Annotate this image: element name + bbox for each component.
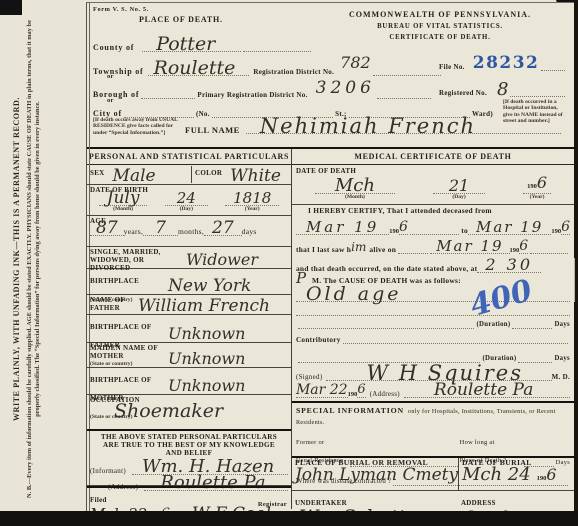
last-saw-date: Mar 19 bbox=[430, 239, 509, 254]
last-saw-pre: that I last saw h bbox=[296, 246, 351, 254]
age-months: 7 bbox=[143, 221, 178, 236]
dotted-line bbox=[530, 243, 568, 254]
medical-title: MEDICAL CERTIFICATE OF DEATH bbox=[292, 149, 574, 165]
signed-address-label: (Address) bbox=[370, 390, 400, 398]
mother-bp-value: Unknown bbox=[168, 379, 245, 393]
burial-place-value: John Lyman Cmety bbox=[295, 468, 455, 482]
signed-date: Mar 22 bbox=[296, 383, 348, 398]
sex-value: Male bbox=[113, 169, 156, 183]
county-label: County of bbox=[93, 44, 134, 52]
certificate-title: CERTIFICATE OF DEATH. bbox=[325, 34, 555, 42]
dob-year: 1818 bbox=[225, 191, 279, 206]
or-label-1: or bbox=[107, 73, 114, 81]
dob-month: July bbox=[99, 191, 148, 206]
certificate-form: Form V. S. No. 5. PLACE OF DEATH. COMMON… bbox=[86, 2, 574, 511]
date-of-death-row: DATE OF DEATH Mch (Month) 21 (Day) 1906 … bbox=[292, 165, 574, 205]
last-saw-post: alive on bbox=[369, 246, 396, 254]
mother-maiden-row: MAIDEN NAME OF MOTHER Unknown bbox=[87, 343, 291, 368]
primary-district-label: Primary Registration District No. bbox=[197, 91, 307, 99]
from-year-hand: 6 bbox=[399, 220, 408, 235]
month-subcaption: (Month) bbox=[113, 206, 133, 212]
burial-date-value: Mch 24 bbox=[462, 468, 531, 482]
dotted-line bbox=[518, 352, 552, 363]
dotted-line bbox=[243, 41, 311, 52]
last-saw-year-hand: 6 bbox=[519, 239, 528, 254]
borough-label: Borough of bbox=[93, 91, 139, 99]
last-saw-hand: im bbox=[351, 240, 366, 254]
father-bp-value: Unknown bbox=[168, 327, 245, 341]
age-years: 87 bbox=[90, 221, 124, 236]
day-subcaption: (Day) bbox=[180, 206, 193, 212]
date-of-birth-row: DATE OF BIRTH July (Month) 24 (Day) 1818… bbox=[87, 185, 291, 216]
former-label: Former or bbox=[296, 439, 324, 446]
dotted-line bbox=[512, 318, 552, 329]
meridiem-hand: P bbox=[296, 271, 306, 285]
residence-note: [If death occurs away from USUAL RESIDEN… bbox=[93, 117, 181, 136]
to-year-printed: 190 bbox=[551, 228, 561, 235]
days-label: days bbox=[242, 228, 257, 236]
md-label: M. D. bbox=[552, 373, 570, 381]
or-label-2: or bbox=[107, 97, 114, 105]
year-subcaption: (Year) bbox=[245, 206, 260, 212]
form-number: Form V. S. No. 5. bbox=[93, 6, 149, 14]
dotted-line bbox=[373, 65, 441, 76]
how-long-label: How long at bbox=[460, 439, 495, 446]
attended-from-date: Mar 19 bbox=[296, 220, 389, 235]
years-label: years, bbox=[124, 228, 144, 236]
bureau-title: BUREAU OF VITAL STATISTICS. bbox=[325, 23, 555, 31]
to-label: to bbox=[461, 227, 468, 235]
dotted-line bbox=[377, 88, 431, 99]
mother-value: Unknown bbox=[168, 352, 245, 366]
place-of-death-title: PLACE OF DEATH. bbox=[139, 16, 223, 24]
registrar-label: Registrar bbox=[258, 501, 287, 509]
township-value: Roulette bbox=[148, 61, 250, 76]
dod-day: 21 bbox=[433, 179, 485, 194]
file-no-stamp: 28232 bbox=[473, 55, 540, 71]
color-value: White bbox=[230, 169, 281, 183]
personal-title: PERSONAL AND STATISTICAL PARTICULARS bbox=[87, 149, 291, 165]
registered-no-value: 8 bbox=[497, 83, 508, 97]
death-certificate-scan: WRITE PLAINLY, WITH UNFADING INK—THIS IS… bbox=[0, 0, 578, 526]
columns: PERSONAL AND STATISTICAL PARTICULARS SEX… bbox=[87, 147, 574, 509]
scan-edge-right bbox=[574, 0, 578, 511]
medical-section: MEDICAL CERTIFICATE OF DEATH DATE OF DEA… bbox=[292, 149, 574, 509]
from-year-printed: 190 bbox=[389, 228, 399, 235]
father-label: NAME OF FATHER bbox=[90, 296, 138, 312]
physician-signature: W H Squires bbox=[326, 366, 551, 381]
to-year-hand: 6 bbox=[561, 220, 570, 235]
occupation-value: Shoemaker bbox=[114, 404, 288, 418]
margin-warning-text: WRITE PLAINLY, WITH UNFADING INK—THIS IS… bbox=[6, 10, 26, 508]
city-no-label: (No. bbox=[196, 110, 210, 118]
dotted-line bbox=[510, 86, 565, 97]
signed-label: (Signed) bbox=[296, 373, 323, 381]
informant-label: (Informant) bbox=[90, 467, 126, 475]
age-days: 27 bbox=[204, 221, 242, 236]
burial-year-hand: 6 bbox=[546, 468, 556, 482]
certify-block: I HEREBY CERTIFY, That I attended deceas… bbox=[292, 205, 574, 271]
dotted-line bbox=[343, 333, 568, 344]
filed-row: Filed Mch 22 190 6 W F Cool Registrar bbox=[87, 486, 291, 510]
dotted-line bbox=[398, 243, 428, 254]
dod-month-sub: (Month) bbox=[345, 194, 365, 200]
birthplace-row: BIRTHPLACE (State or country) New York bbox=[87, 269, 291, 295]
signed-year-hand: 6 bbox=[357, 383, 365, 398]
duration-days-label-2: Days bbox=[554, 355, 570, 363]
declaration-text: THE ABOVE STATED PERSONAL PARTICULARS AR… bbox=[90, 432, 288, 458]
certify-line: I HEREBY CERTIFY, That I attended deceas… bbox=[296, 207, 570, 215]
dod-month: Mch bbox=[315, 179, 395, 194]
registration-district-value: 782 bbox=[340, 56, 371, 70]
full-name-label: FULL NAME bbox=[185, 126, 240, 134]
occupation-row: OCCUPATION Shoemaker bbox=[87, 395, 291, 429]
registration-district-label: Registration District No. bbox=[253, 68, 334, 76]
dod-year-sub: (Year) bbox=[530, 194, 545, 200]
declaration-block: THE ABOVE STATED PERSONAL PARTICULARS AR… bbox=[87, 429, 291, 486]
dod-year-printed: 190 bbox=[527, 183, 537, 190]
township-label: Township of bbox=[93, 68, 144, 76]
birthplace-label: BIRTHPLACE bbox=[90, 277, 139, 285]
dotted-line bbox=[298, 318, 475, 329]
dod-year-hand: 6 bbox=[537, 173, 547, 192]
full-name-value: Nehimiah French bbox=[246, 119, 561, 134]
county-value: Potter bbox=[142, 37, 241, 52]
burial-year-printed: 190 bbox=[537, 475, 547, 482]
scan-edge-bottom bbox=[0, 511, 578, 526]
signed-block: (Signed) W H Squires M. D. Mar 22 190 6 … bbox=[292, 366, 574, 401]
form-header: Form V. S. No. 5. PLACE OF DEATH. COMMON… bbox=[87, 3, 574, 147]
margin-instructions: WRITE PLAINLY, WITH UNFADING INK—THIS IS… bbox=[6, 10, 86, 508]
birthplace-value: New York bbox=[168, 279, 251, 293]
dod-day-sub: (Day) bbox=[452, 194, 465, 200]
mother-label: MAIDEN NAME OF MOTHER bbox=[90, 344, 168, 360]
sex-color-row: SEX Male COLOR White bbox=[87, 165, 291, 185]
dotted-line bbox=[410, 224, 459, 235]
file-no-label: File No. bbox=[439, 63, 465, 71]
commonwealth-title: COMMONWEALTH OF PENNSYLVANIA. bbox=[325, 11, 555, 19]
sex-label: SEX bbox=[90, 169, 105, 177]
dod-label: DATE OF DEATH bbox=[296, 167, 570, 175]
contributory-label: Contributory bbox=[296, 336, 341, 344]
dob-day: 24 bbox=[165, 191, 208, 206]
marital-row: SINGLE, MARRIED, WIDOWED, OR DIVORCED Wi… bbox=[87, 247, 291, 269]
attended-to-date: Mar 19 bbox=[468, 220, 551, 235]
signed-year-printed: 190 bbox=[348, 391, 358, 398]
age-row: AGE 87 years, 7 months, 27 days bbox=[87, 216, 291, 247]
burial-row: PLACE OF BURIAL OR REMOVAL John Lyman Cm… bbox=[292, 456, 574, 491]
marital-value: Widower bbox=[186, 253, 258, 267]
dotted-line bbox=[141, 88, 195, 99]
special-info-block: SPECIAL INFORMATION only for Hospitals, … bbox=[292, 401, 574, 456]
months-label: months, bbox=[178, 228, 204, 236]
dotted-line bbox=[541, 60, 565, 71]
personal-section: PERSONAL AND STATISTICAL PARTICULARS SEX… bbox=[87, 149, 292, 509]
special-title: SPECIAL INFORMATION bbox=[296, 406, 404, 415]
duration-days-label: Days bbox=[554, 321, 570, 329]
margin-nb-note: N. B.—Every item of information should b… bbox=[26, 10, 42, 508]
color-label: COLOR bbox=[195, 169, 222, 177]
registered-no-label: Registered No. bbox=[439, 89, 487, 97]
signed-address-value: Roulette Pa bbox=[404, 383, 570, 398]
father-birthplace-row: BIRTHPLACE OF FATHER (State or country) … bbox=[87, 315, 291, 343]
undertaker-row: UNDERTAKER Wm Schutt ADDRESS Coudersport bbox=[292, 491, 574, 510]
filed-label: Filed bbox=[90, 496, 107, 504]
cause-block: P M. The CAUSE OF DEATH was as follows: … bbox=[292, 271, 574, 331]
mother-birthplace-row: BIRTHPLACE OF MOTHER (State or country) … bbox=[87, 368, 291, 395]
father-row: NAME OF FATHER William French bbox=[87, 295, 291, 315]
undertaker-address-label: ADDRESS bbox=[461, 499, 496, 507]
primary-district-value: 3206 bbox=[316, 81, 375, 95]
last-saw-year-printed: 190 bbox=[510, 247, 520, 254]
father-value: William French bbox=[138, 299, 270, 313]
